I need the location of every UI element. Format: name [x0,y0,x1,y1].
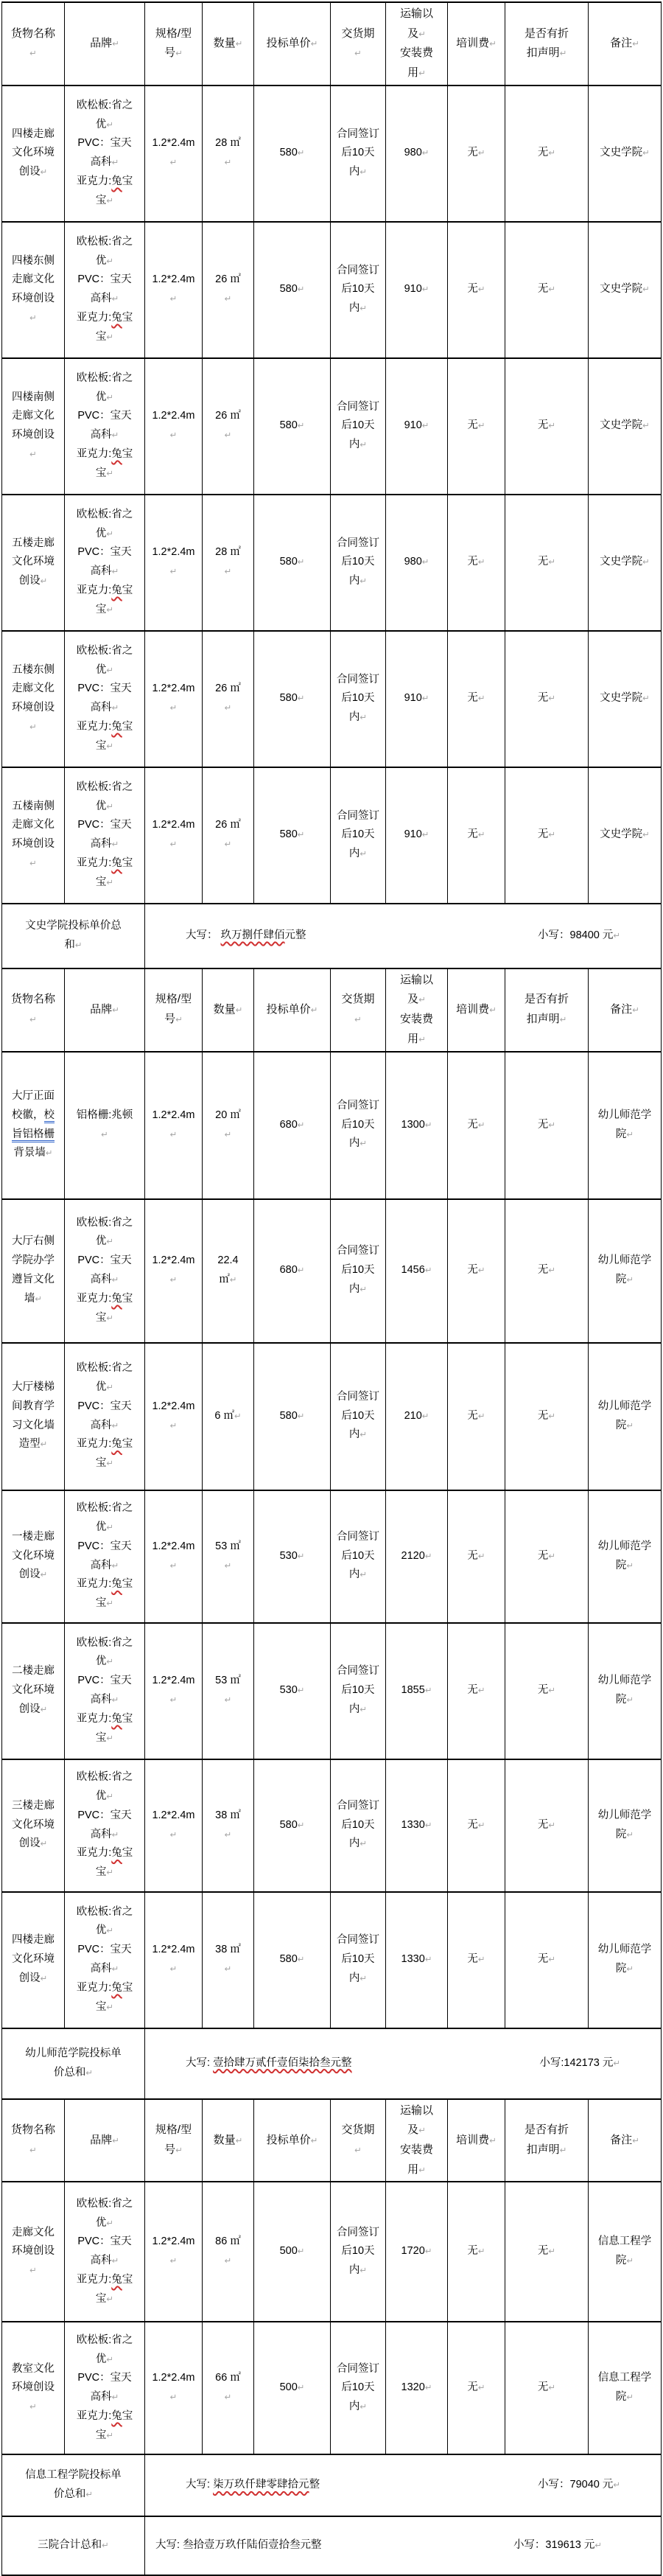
paragraph-mark-icon: ↵ [359,848,367,859]
brand-text: 欧松板:省之优↵ PVC：宝天高科↵ 亚克力: [77,100,133,187]
paragraph-mark-icon: ↵ [489,1005,497,1015]
discount-statement-cell: 无↵ [505,767,589,904]
delivery-period-cell: 合同签订后10天内↵ [331,1490,386,1623]
paragraph-mark-icon: ↵ [170,1560,178,1571]
header-remark: 备注↵ [589,968,662,1052]
discount-statement-cell: 无↵ [505,85,589,222]
table-row: 五楼走廊文化环境创设↵ 欧松板:省之优↵ PVC：宝天高科↵ 亚克力:兔宝宝↵ … [2,495,662,631]
paragraph-mark-icon: ↵ [594,2540,602,2550]
transport-install-fee-cell: 910↵ [386,631,448,767]
brand-text: 欧松板:省之优↵ PVC：宝天高科↵ 亚克力: [77,1362,133,1450]
paragraph-mark-icon: ↵ [106,665,113,675]
paragraph-mark-icon: ↵ [422,420,429,430]
quantity-cell: 22.4 ㎡↵ [203,1199,254,1343]
brand-cell: 欧松板:省之优↵ PVC：宝天高科↵ 亚克力:兔宝宝↵ [65,1623,145,1759]
paragraph-mark-icon: ↵ [626,1560,634,1571]
quantity-cell: 20 ㎡↵ [203,1052,254,1199]
paragraph-mark-icon: ↵ [613,2479,620,2490]
quantity-cell: 86 ㎡↵ [203,2182,254,2322]
brand-text: 欧松板:省之优↵ PVC：宝天高科↵ 亚克力: [77,509,133,596]
paragraph-mark-icon: ↵ [106,604,113,615]
spellcheck-underline-text: 兔 [111,2274,122,2286]
paragraph-mark-icon: ↵ [170,2392,178,2402]
spec-model-cell: 1.2*2.4m↵ [145,1623,203,1759]
remark-cell: 文史学院↵ [589,767,662,904]
remark-cell: 文史学院↵ [589,222,662,358]
header-delivery-period: 交货期↵ [331,2,386,85]
paragraph-mark-icon: ↵ [478,1551,485,1561]
brand-cell: 欧松板:省之优↵ PVC：宝天高科↵ 亚克力:兔宝宝↵ [65,1199,145,1343]
delivery-period-cell: 合同签订后10天内↵ [331,1052,386,1199]
paragraph-mark-icon: ↵ [422,1411,429,1421]
bid-price-table: 货物名称↵ 品牌↵ 规格/型号↵ 数量↵ 投标单价↵ 交货期↵ 运输以及↵ 安装… [1,1,662,2576]
spec-model-cell: 1.2*2.4m↵ [145,631,203,767]
paragraph-mark-icon: ↵ [548,1551,555,1561]
paragraph-mark-icon: ↵ [613,2058,620,2068]
discount-statement-cell: 无↵ [505,1759,589,1892]
goods-name-text: 四楼走廊文化环境创设↵ [12,128,55,178]
paragraph-mark-icon: ↵ [478,420,485,430]
paragraph-mark-icon: ↵ [418,2125,426,2135]
paragraph-mark-icon: ↵ [478,1120,485,1130]
paragraph-mark-icon: ↵ [225,1129,232,1139]
header-spec-model: 规格/型号↵ [145,2,203,85]
header-remark: 备注↵ [589,2099,662,2182]
remark-cell: 文史学院↵ [589,358,662,495]
amount-in-words: 大写： 玖万捌仟肆佰元整 [186,926,306,946]
goods-name-text: 走廊文化环境创设↵ [12,2227,55,2277]
paragraph-mark-icon: ↵ [478,2246,485,2256]
quantity-cell: 66 ㎡↵ [203,2322,254,2454]
paragraph-mark-icon: ↵ [632,38,639,49]
training-fee-cell: 无↵ [448,495,505,631]
brand-text: 欧松板:省之优↵ PVC：宝天高科↵ 亚克力: [77,1906,133,1994]
delivery-period-cell: 合同签订后10天内↵ [331,767,386,904]
paragraph-mark-icon: ↵ [548,284,555,294]
paragraph-mark-icon: ↵ [106,741,113,751]
bid-unit-price-cell: 580↵ [254,495,331,631]
brand-cell: 欧松板:省之优↵ PVC：宝天高科↵ 亚克力:兔宝宝↵ [65,1343,145,1490]
paragraph-mark-icon: ↵ [112,1694,119,1705]
paragraph-mark-icon: ↵ [46,1148,53,1158]
paragraph-mark-icon: ↵ [106,877,113,887]
paragraph-mark-icon: ↵ [29,2265,37,2275]
brand-cell: 欧松板:省之优↵ PVC：宝天高科↵ 亚克力:兔宝宝↵ [65,767,145,904]
goods-name-text-tail: 背景墙↵ [13,1147,52,1159]
paragraph-mark-icon: ↵ [359,1704,367,1714]
spec-model-cell: 1.2*2.4m↵ [145,1343,203,1490]
goods-name-cell: 二楼走廊文化环境创设↵ [2,1623,65,1759]
transport-install-fee-cell: 1330↵ [386,1759,448,1892]
paragraph-mark-icon: ↵ [626,1964,634,1974]
paragraph-mark-icon: ↵ [41,1838,48,1849]
paragraph-mark-icon: ↵ [106,1925,113,1936]
paragraph-mark-icon: ↵ [29,2401,37,2412]
quantity-cell: 26 ㎡↵ [203,222,254,358]
bid-unit-price-cell: 500↵ [254,2322,331,2454]
spec-model-cell: 1.2*2.4m↵ [145,85,203,222]
transport-install-fee-cell: 210↵ [386,1343,448,1490]
training-fee-cell: 无↵ [448,1343,505,1490]
paragraph-mark-icon: ↵ [478,829,485,840]
paragraph-mark-icon: ↵ [112,293,119,304]
paragraph-mark-icon: ↵ [225,1560,232,1571]
training-fee-cell: 无↵ [448,1759,505,1892]
paragraph-mark-icon: ↵ [85,2067,93,2078]
paragraph-mark-icon: ↵ [298,556,305,567]
paragraph-mark-icon: ↵ [548,1685,555,1695]
paragraph-mark-icon: ↵ [359,576,367,586]
paragraph-mark-icon: ↵ [560,1014,567,1025]
goods-name-cell: 四楼南侧走廊文化环境创设↵ [2,358,65,495]
brand-cell: 欧松板:省之优↵ PVC：宝天高科↵ 亚克力:兔宝宝↵ [65,222,145,358]
paragraph-mark-icon: ↵ [311,1005,318,1015]
goods-name-text: 二楼走廊文化环境创设↵ [12,1665,55,1715]
quantity-cell: 38 ㎡↵ [203,1892,254,2028]
bid-unit-price-cell: 500↵ [254,2182,331,2322]
paragraph-mark-icon: ↵ [106,2294,113,2304]
header-bid-unit-price: 投标单价↵ [254,968,331,1052]
paragraph-mark-icon: ↵ [106,195,113,206]
transport-install-fee-cell: 980↵ [386,495,448,631]
quantity-cell: 26 ㎡↵ [203,358,254,495]
paragraph-mark-icon: ↵ [359,1284,367,1294]
brand-text: 欧松板:省之优↵ PVC：宝天高科↵ 亚克力: [77,372,133,460]
paragraph-mark-icon: ↵ [106,1236,113,1246]
subtotal-label-cell: 三院合计总和↵ [2,2516,145,2575]
paragraph-mark-icon: ↵ [560,2145,567,2155]
table-row: 五楼南侧走廊文化环境创设↵ 欧松板:省之优↵ PVC：宝天高科↵ 亚克力:兔宝宝… [2,767,662,904]
table-row: 大厅楼梯间教育学习文化墙造型↵ 欧松板:省之优↵ PVC：宝天高科↵ 亚克力:兔… [2,1343,662,1490]
subtotal-amount-cell: 大写: 叁拾壹万玖仟陆佰壹拾叁元整 小写：319613 元↵ [145,2516,662,2575]
spellcheck-underline-text: 兔 [111,721,122,733]
paragraph-mark-icon: ↵ [112,839,119,849]
quantity-cell: 26 ㎡↵ [203,631,254,767]
paragraph-mark-icon: ↵ [106,256,113,266]
paragraph-mark-icon: ↵ [418,2165,426,2175]
paragraph-mark-icon: ↵ [225,566,232,576]
transport-install-fee-cell: 910↵ [386,222,448,358]
transport-install-fee-cell: 1330↵ [386,1892,448,2028]
paragraph-mark-icon: ↵ [106,2002,113,2012]
paragraph-mark-icon: ↵ [41,167,48,177]
training-fee-cell: 无↵ [448,358,505,495]
paragraph-mark-icon: ↵ [422,829,429,840]
paragraph-mark-icon: ↵ [170,1420,178,1431]
bid-unit-price-cell: 530↵ [254,1623,331,1759]
paragraph-mark-icon: ↵ [548,1120,555,1130]
spellcheck-underline-text: 兔 [111,1847,122,1859]
paragraph-mark-icon: ↵ [112,2135,119,2146]
paragraph-mark-icon: ↵ [29,858,37,868]
paragraph-mark-icon: ↵ [560,48,567,58]
discount-statement-cell: 无↵ [505,1490,589,1623]
paragraph-mark-icon: ↵ [626,1829,634,1840]
training-fee-cell: 无↵ [448,1199,505,1343]
goods-name-cell: 五楼东侧走廊文化环境创设↵ [2,631,65,767]
subtotal-amount-cell: 大写： 玖万捌仟肆佰元整 小写：98400 元↵ [145,904,662,968]
paragraph-mark-icon: ↵ [548,556,555,567]
paragraph-mark-icon: ↵ [236,38,243,49]
paragraph-mark-icon: ↵ [225,430,232,440]
header-delivery-period: 交货期↵ [331,2099,386,2182]
paragraph-mark-icon: ↵ [359,1838,367,1849]
paragraph-mark-icon: ↵ [311,2135,318,2146]
paragraph-mark-icon: ↵ [311,38,318,49]
header-bid-unit-price: 投标单价↵ [254,2,331,85]
paragraph-mark-icon: ↵ [418,1034,426,1044]
table-row: 四楼南侧走廊文化环境创设↵ 欧松板:省之优↵ PVC：宝天高科↵ 亚克力:兔宝宝… [2,358,662,495]
brand-text: 欧松板:省之优↵ PVC：宝天高科↵ 亚克力: [77,1217,133,1305]
remark-cell: 幼儿师范学院↵ [589,1759,662,1892]
transport-install-fee-cell: 910↵ [386,358,448,495]
header-delivery-period: 交货期↵ [331,968,386,1052]
brand-cell: 欧松板:省之优↵ PVC：宝天高科↵ 亚克力:兔宝宝↵ [65,358,145,495]
remark-cell: 幼儿师范学院↵ [589,1490,662,1623]
paragraph-mark-icon: ↵ [489,38,497,49]
remark-cell: 幼儿师范学院↵ [589,1199,662,1343]
spec-model-cell: 1.2*2.4m↵ [145,2322,203,2454]
paragraph-mark-icon: ↵ [112,1420,119,1431]
paragraph-mark-icon: ↵ [106,1522,113,1532]
paragraph-mark-icon: ↵ [106,1458,113,1468]
paragraph-mark-icon: ↵ [422,284,429,294]
paragraph-mark-icon: ↵ [298,1120,305,1130]
spellcheck-underline-text: 兔 [111,1982,122,1994]
paragraph-mark-icon: ↵ [29,1014,37,1025]
delivery-period-cell: 合同签订后10天内↵ [331,2322,386,2454]
table-row: 三楼走廊文化环境创设↵ 欧松板:省之优↵ PVC：宝天高科↵ 亚克力:兔宝宝↵ … [2,1759,662,1892]
paragraph-mark-icon: ↵ [425,1551,432,1561]
bid-unit-price-cell: 680↵ [254,1052,331,1199]
quantity-cell: 53 ㎡↵ [203,1490,254,1623]
paragraph-mark-icon: ↵ [359,2265,367,2275]
discount-statement-cell: 无↵ [505,2182,589,2322]
training-fee-cell: 无↵ [448,1892,505,2028]
paragraph-mark-icon: ↵ [170,430,178,440]
paragraph-mark-icon: ↵ [359,167,367,177]
paragraph-mark-icon: ↵ [170,293,178,304]
paragraph-mark-icon: ↵ [422,147,429,158]
amount-in-words: 大写: 柒万玖仟肆零肆拾元整 [186,2476,320,2495]
spellcheck-underline-text: 兔 [111,1293,122,1305]
paragraph-mark-icon: ↵ [41,1569,48,1580]
spec-model-cell: 1.2*2.4m↵ [145,2182,203,2322]
paragraph-mark-icon: ↵ [35,1294,42,1304]
paragraph-mark-icon: ↵ [626,2255,634,2266]
table-row: 大厅正面校徽，校旨铝格栅背景墙↵ 铝格栅:兆顿↵ 1.2*2.4m↵ 20 ㎡↵… [2,1052,662,1199]
paragraph-mark-icon: ↵ [642,420,650,430]
goods-name-text: 五楼东侧走廊文化环境创设↵ [12,664,55,733]
training-fee-cell: 无↵ [448,2322,505,2454]
goods-name-cell: 四楼走廊文化环境创设↵ [2,1892,65,2028]
remark-cell: 幼儿师范学院↵ [589,1623,662,1759]
paragraph-mark-icon: ↵ [298,1820,305,1830]
brand-cell: 欧松板:省之优↵ PVC：宝天高科↵ 亚克力:兔宝宝↵ [65,631,145,767]
quantity-cell: 28 ㎡↵ [203,495,254,631]
goods-name-cell: 三楼走廊文化环境创设↵ [2,1759,65,1892]
discount-statement-cell: 无↵ [505,1052,589,1199]
delivery-period-cell: 合同签订后10天内↵ [331,85,386,222]
paragraph-mark-icon: ↵ [478,147,485,158]
spellcheck-underline-text: 兔 [111,312,122,324]
brand-cell: 铝格栅:兆顿↵ [65,1052,145,1199]
paragraph-mark-icon: ↵ [236,2135,243,2146]
delivery-period-cell: 合同签订后10天内↵ [331,1759,386,1892]
spellcheck-underline-text: 兔 [111,857,122,869]
goods-name-text: 四楼走廊文化环境创设↵ [12,1934,55,1984]
bid-unit-price-cell: 580↵ [254,631,331,767]
goods-name-text: 五楼南侧走廊文化环境创设↵ [12,800,55,869]
paragraph-mark-icon: ↵ [170,839,178,849]
paragraph-mark-icon: ↵ [225,839,232,849]
subtotal-amount-cell: 大写: 壹拾肆万贰仟壹佰柒拾叁元整 小写:142173 元↵ [145,2028,662,2099]
paragraph-mark-icon: ↵ [478,1411,485,1421]
amount-in-figures: 小写：79040 元↵ [538,2476,620,2495]
goods-name-cell: 大厅右侧学院办学遵旨文化墙↵ [2,1199,65,1343]
paragraph-mark-icon: ↵ [642,284,650,294]
header-goods-name: 货物名称↵ [2,2,65,85]
amount-in-figures: 小写：98400 元↵ [538,926,620,946]
header-brand: 品牌↵ [65,2099,145,2182]
paragraph-mark-icon: ↵ [626,2392,634,2402]
brand-cell: 欧松板:省之优↵ PVC：宝天高科↵ 亚克力:兔宝宝↵ [65,1892,145,2028]
paragraph-mark-icon: ↵ [170,1129,178,1139]
paragraph-mark-icon: ↵ [175,1014,183,1025]
paragraph-mark-icon: ↵ [548,1265,555,1275]
paragraph-mark-icon: ↵ [170,1274,178,1285]
brand-cell: 欧松板:省之优↵ PVC：宝天高科↵ 亚克力:兔宝宝↵ [65,495,145,631]
paragraph-mark-icon: ↵ [425,2246,432,2256]
paragraph-mark-icon: ↵ [112,1964,119,1974]
goods-name-text: 三楼走廊文化环境创设↵ [12,1800,55,1850]
table-row: 四楼走廊文化环境创设↵ 欧松板:省之优↵ PVC：宝天高科↵ 亚克力:兔宝宝↵ … [2,85,662,222]
paragraph-mark-icon: ↵ [75,940,83,950]
header-brand: 品牌↵ [65,968,145,1052]
spec-model-cell: 1.2*2.4m↵ [145,1892,203,2028]
bid-unit-price-cell: 580↵ [254,1892,331,2028]
header-goods-name: 货物名称↵ [2,2099,65,2182]
spec-model-cell: 1.2*2.4m↵ [145,767,203,904]
training-fee-cell: 无↵ [448,631,505,767]
paragraph-mark-icon: ↵ [29,48,37,58]
paragraph-mark-icon: ↵ [359,1569,367,1580]
header-training-fee: 培训费↵ [448,2,505,85]
goods-name-text: 大厅右侧学院办学遵旨文化墙↵ [12,1235,55,1304]
paragraph-mark-icon: ↵ [29,313,37,323]
goods-name-cell: 五楼走廊文化环境创设↵ [2,495,65,631]
spellcheck-underline-text: 兔 [111,1713,122,1725]
goods-name-cell: 教室文化环境创设↵ [2,2322,65,2454]
brand-text: 铝格栅:兆顿↵ [77,1109,133,1140]
paragraph-mark-icon: ↵ [170,566,178,576]
paragraph-mark-icon: ↵ [548,829,555,840]
amount-in-figures: 小写：319613 元↵ [513,2536,602,2555]
paragraph-mark-icon: ↵ [425,1685,432,1695]
paragraph-mark-icon: ↵ [106,801,113,811]
goods-name-cell: 四楼走廊文化环境创设↵ [2,85,65,222]
spellcheck-underline-text: 兔 [111,584,122,596]
brand-cell: 欧松板:省之优↵ PVC：宝天高科↵ 亚克力:兔宝宝↵ [65,2182,145,2322]
quantity-cell: 53 ㎡↵ [203,1623,254,1759]
paragraph-mark-icon: ↵ [170,702,178,713]
paragraph-mark-icon: ↵ [106,1656,113,1666]
paragraph-mark-icon: ↵ [548,420,555,430]
paragraph-mark-icon: ↵ [225,1829,232,1840]
bid-unit-price-cell: 580↵ [254,222,331,358]
paragraph-mark-icon: ↵ [626,1274,634,1285]
spec-model-cell: 1.2*2.4m↵ [145,1199,203,1343]
header-goods-name: 货物名称↵ [2,968,65,1052]
goods-name-text: 五楼走廊文化环境创设↵ [12,537,55,587]
paragraph-mark-icon: ↵ [170,157,178,167]
paragraph-mark-icon: ↵ [425,1265,432,1275]
paragraph-mark-icon: ↵ [642,556,650,567]
header-spec-model: 规格/型号↵ [145,2099,203,2182]
remark-cell: 文史学院↵ [589,85,662,222]
paragraph-mark-icon: ↵ [106,332,113,342]
spellcheck-underline-text: 兔 [111,1438,122,1450]
paragraph-mark-icon: ↵ [478,1954,485,1964]
goods-name-text: 大厅楼梯间教育学习文化墙造型↵ [12,1381,55,1450]
paragraph-mark-icon: ↵ [632,1005,639,1015]
training-fee-cell: 无↵ [448,2182,505,2322]
paragraph-mark-icon: ↵ [106,468,113,478]
subtotal-row: 幼儿师范学院投标单价总和↵ 大写: 壹拾肆万贰仟壹佰柒拾叁元整 小写:14217… [2,2028,662,2099]
brand-text: 欧松板:省之优↵ PVC：宝天高科↵ 亚克力: [77,1637,133,1725]
brand-text: 欧松板:省之优↵ PVC：宝天高科↵ 亚克力: [77,781,133,869]
training-fee-cell: 无↵ [448,1490,505,1623]
paragraph-mark-icon: ↵ [106,1598,113,1608]
paragraph-mark-icon: ↵ [112,1829,119,1840]
paragraph-mark-icon: ↵ [298,1551,305,1561]
bid-unit-price-cell: 680↵ [254,1199,331,1343]
transport-install-fee-cell: 910↵ [386,767,448,904]
paragraph-mark-icon: ↵ [548,1954,555,1964]
table-row: 教室文化环境创设↵ 欧松板:省之优↵ PVC：宝天高科↵ 亚克力:兔宝宝↵ 1.… [2,2322,662,2454]
paragraph-mark-icon: ↵ [642,147,650,158]
transport-install-fee-cell: 1320↵ [386,2322,448,2454]
paragraph-mark-icon: ↵ [354,1014,362,1025]
paragraph-mark-icon: ↵ [230,1274,237,1285]
paragraph-mark-icon: ↵ [359,1429,367,1439]
paragraph-mark-icon: ↵ [225,157,232,167]
goods-name-cell: 一楼走廊文化环境创设↵ [2,1490,65,1623]
brand-cell: 欧松板:省之优↵ PVC：宝天高科↵ 亚克力:兔宝宝↵ [65,85,145,222]
paragraph-mark-icon: ↵ [548,1411,555,1421]
goods-name-cell: 大厅正面校徽，校旨铝格栅背景墙↵ [2,1052,65,1199]
subtotal-label-cell: 幼儿师范学院投标单价总和↵ [2,2028,145,2099]
paragraph-mark-icon: ↵ [106,1382,113,1392]
paragraph-mark-icon: ↵ [298,420,305,430]
brand-cell: 欧松板:省之优↵ PVC：宝天高科↵ 亚克力:兔宝宝↵ [65,1490,145,1623]
paragraph-mark-icon: ↵ [548,147,555,158]
delivery-period-cell: 合同签订后10天内↵ [331,495,386,631]
paragraph-mark-icon: ↵ [478,1820,485,1830]
paragraph-mark-icon: ↵ [478,693,485,703]
paragraph-mark-icon: ↵ [106,2354,113,2364]
paragraph-mark-icon: ↵ [236,1005,243,1015]
paragraph-mark-icon: ↵ [478,2382,485,2392]
paragraph-mark-icon: ↵ [112,157,119,167]
paragraph-mark-icon: ↵ [418,994,426,1005]
table-row: 走廊文化环境创设↵ 欧松板:省之优↵ PVC：宝天高科↵ 亚克力:兔宝宝↵ 1.… [2,2182,662,2322]
paragraph-mark-icon: ↵ [106,1733,113,1743]
remark-cell: 信息工程学院↵ [589,2322,662,2454]
paragraph-mark-icon: ↵ [626,1420,634,1431]
paragraph-mark-icon: ↵ [102,2540,109,2550]
transport-install-fee-cell: 980↵ [386,85,448,222]
